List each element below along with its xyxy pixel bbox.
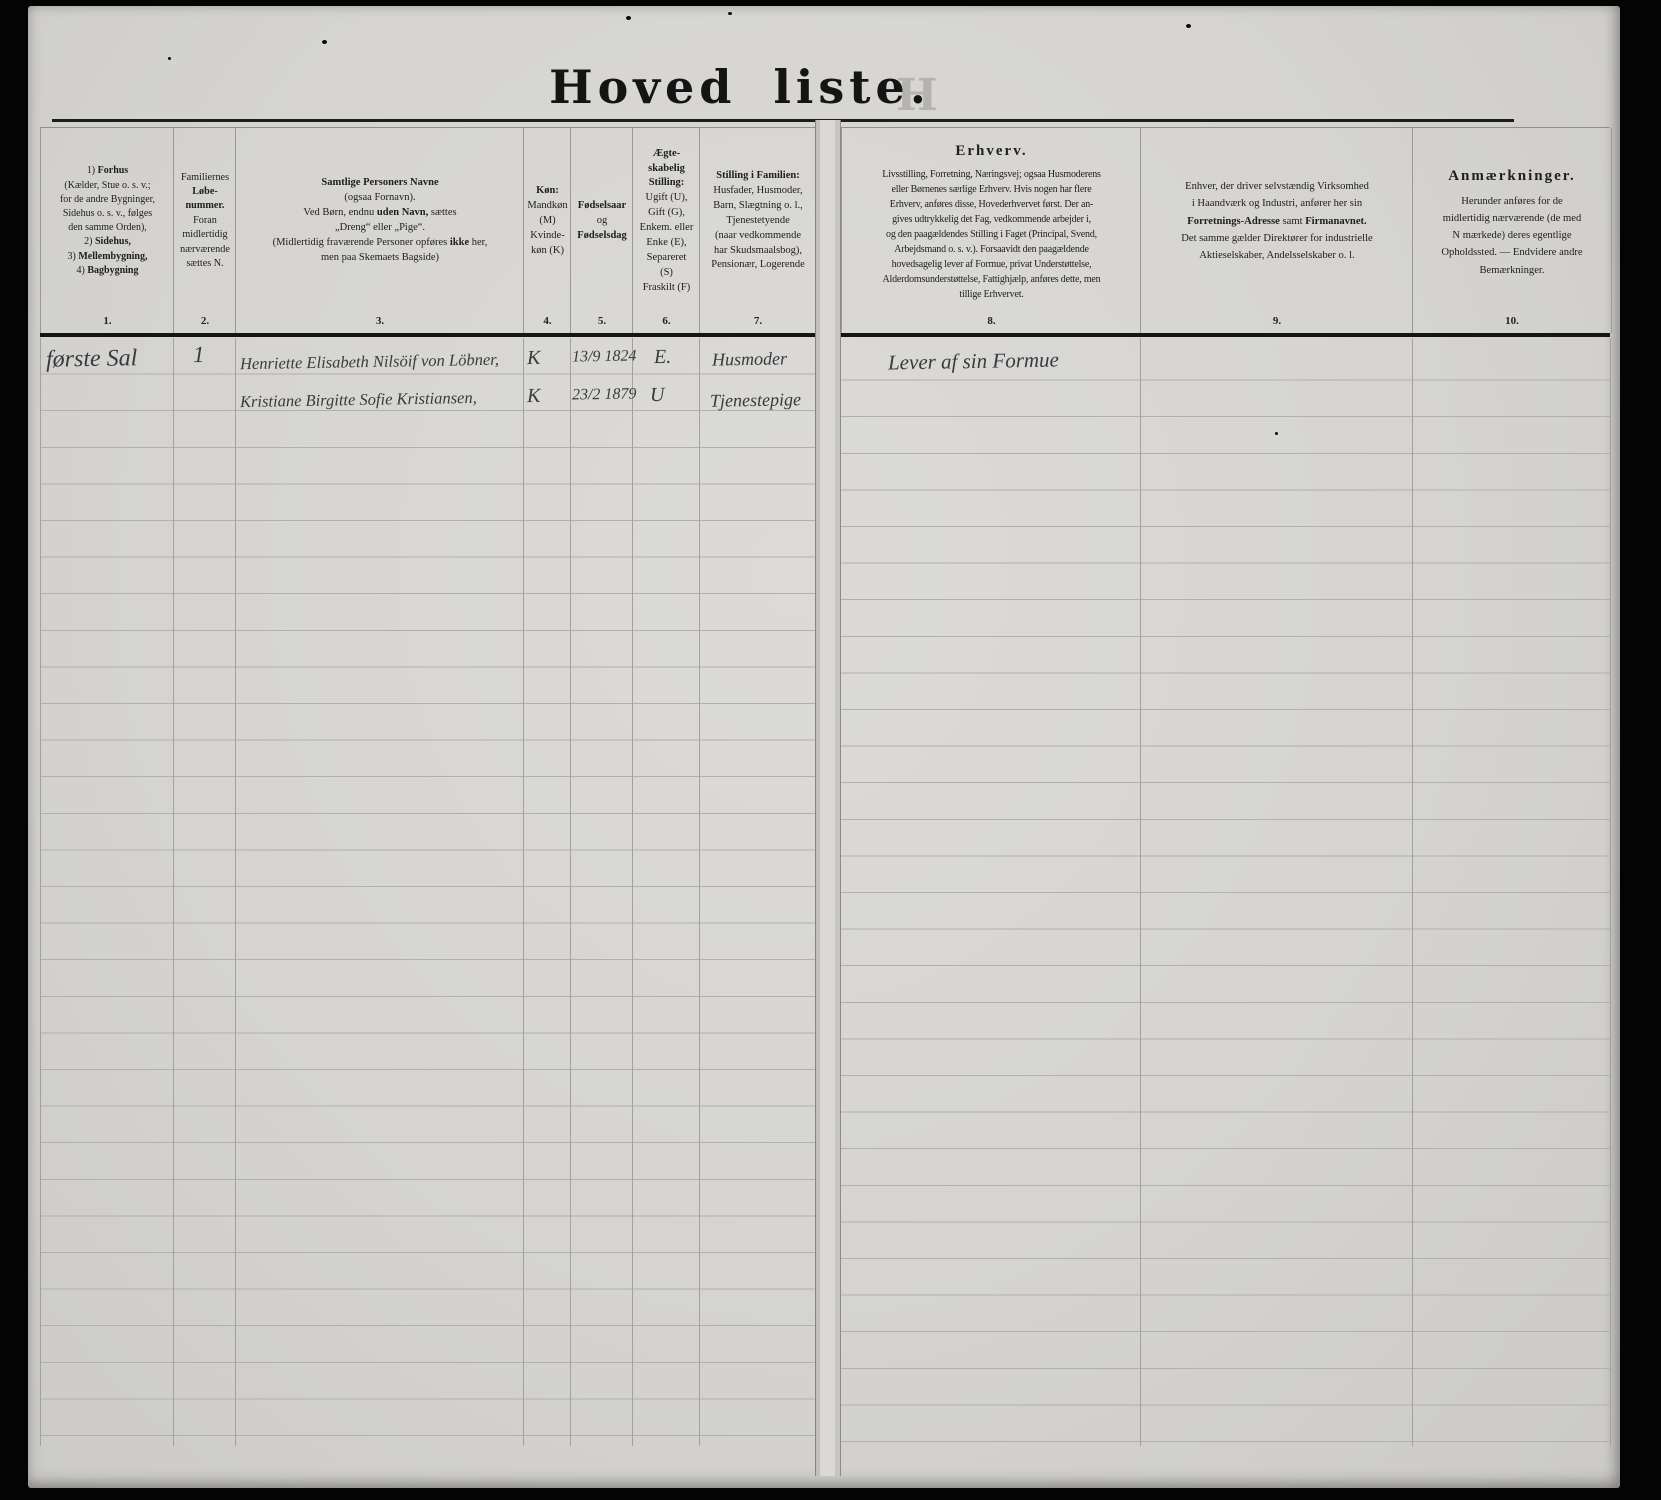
column-header-erhverv: Erhverv.Livsstilling, Forretning, Næring… [841,128,1141,333]
noise-speck [626,16,631,20]
entry-occupation-1: Lever af sin Formue [888,348,1059,376]
column-header-stilling-i-familien: Stilling i Familien:Husfader, Husmoder,B… [699,128,816,333]
entry-sex-1: K [527,347,541,370]
noise-speck [1186,24,1191,28]
column-number: 6. [633,314,700,333]
title-rule [52,119,1514,122]
entry-marital-1: E. [654,346,672,369]
column-header-text: Ægte-skabeligStilling:Ugift (U),Gift (G)… [633,128,700,314]
column-header-text: 1) Forhus(Kælder, Stue o. s. v.;for de a… [41,128,174,314]
column-divider [632,338,633,1446]
column-header-navne: Samtlige Personers Navne(ogsaa Fornavn).… [235,128,524,333]
column-header-text: FødselsaarogFødselsdag [571,128,633,314]
entry-sex-2: K [527,385,541,408]
entry-birthdate-1: 13/9 1824 [572,347,637,366]
ruled-rows-right-page [841,338,1611,1446]
column-header-text: Køn:Mandkøn(M)Kvinde-køn (K) [524,128,571,314]
column-number: 2. [174,314,236,333]
column-divider [523,338,524,1446]
column-header-text: Enhver, der driver selvstændig Virksomhe… [1141,128,1413,314]
entry-position-2: Tjenestepige [710,389,801,412]
column-header-text: Erhverv.Livsstilling, Forretning, Næring… [842,128,1141,314]
column-header-text: Stilling i Familien:Husfader, Husmoder,B… [700,128,816,314]
entry-floor: første Sal [46,345,138,374]
column-divider [173,338,174,1446]
scanned-census-page: Hoved liste. H 1) Forhus(Kælder, Stue o.… [0,0,1661,1500]
column-number: 10. [1413,314,1611,333]
column-header-koen: Køn:Mandkøn(M)Kvinde-køn (K) 4. [523,128,571,333]
entry-family-number: 1 [193,342,205,368]
page-fold [815,120,841,1476]
entry-marital-2: U [650,384,665,407]
column-divider [1412,338,1413,1446]
noise-speck [168,57,171,60]
ink-bleed-ghost: H [896,70,938,121]
column-header-forhus: 1) Forhus(Kælder, Stue o. s. v.;for de a… [40,128,174,333]
column-divider [1140,338,1141,1446]
entry-name-2: Kristiane Birgitte Sofie Kristiansen, [240,388,477,412]
column-header-anmaerkninger: Anmærkninger.Herunder anføres for demidl… [1412,128,1612,333]
column-divider [235,338,236,1446]
column-number: 3. [236,314,524,333]
noise-speck [728,12,732,15]
column-divider [699,338,700,1446]
column-number: 4. [524,314,571,333]
column-header-text: Anmærkninger.Herunder anføres for demidl… [1413,128,1611,314]
column-header-text: FamiliernesLøbe-nummer.Foranmidlertidign… [174,128,236,314]
column-number: 5. [571,314,633,333]
column-number: 7. [700,314,816,333]
page-title: Hoved liste. [0,60,1480,114]
column-header-loebenummer: FamiliernesLøbe-nummer.Foranmidlertidign… [173,128,236,333]
entry-birthdate-2: 23/2 1879 [572,385,637,404]
entry-position-1: Husmoder [712,348,787,370]
noise-speck [1275,432,1278,435]
column-number: 1. [41,314,174,333]
column-divider [570,338,571,1446]
column-number: 9. [1141,314,1413,333]
column-header-aegteskabelig-stilling: Ægte-skabeligStilling:Ugift (U),Gift (G)… [632,128,700,333]
column-header-foedselsdag: FødselsaarogFødselsdag 5. [570,128,633,333]
column-header-text: Samtlige Personers Navne(ogsaa Fornavn).… [236,128,524,314]
noise-speck [322,40,327,44]
column-header-forretningsadresse: Enhver, der driver selvstændig Virksomhe… [1140,128,1413,333]
column-number: 8. [842,314,1141,333]
